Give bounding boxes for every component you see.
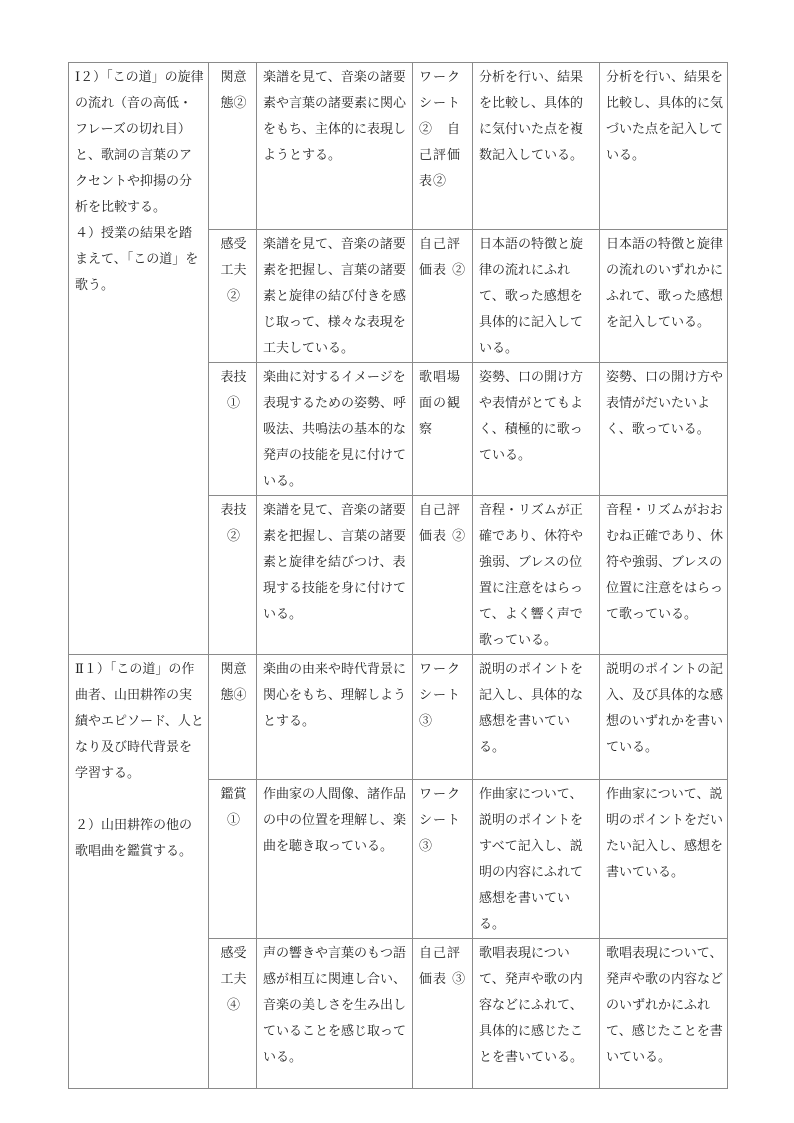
level-a-cell: 姿勢、口の開け方や表情がとてもよく、積極的に歌っている。 — [473, 363, 600, 496]
criterion-cell: 楽譜を見て、音楽の諸要素や言葉の諸要素に関心をもち、主体的に表現しようとする。 — [257, 63, 413, 230]
level-a-cell: 音程・リズムが正確であり、休符や強弱、ブレスの位置に注意をはらって、よく響く声で… — [473, 496, 600, 655]
level-a-cell: 歌唱表現について、発声や歌の内容などにふれて、具体的に感じたことを書いている。 — [473, 939, 600, 1089]
level-b-cell: 分析を行い、結果を比較し、具体的に気づいた点を記入している。 — [600, 63, 728, 230]
method-cell: ワークシート③ — [413, 780, 473, 939]
criterion-cell: 楽譜を見て、音楽の諸要素を把握し、言葉の諸要素と旋律を結びつけ、表現する技能を身… — [257, 496, 413, 655]
table-row: Ⅰ２）「この道」の旋律の流れ（音の高低・フレーズの切れ目）と、歌詞の言葉のアクセ… — [69, 63, 728, 230]
aspect-cell: 感受工夫② — [209, 230, 257, 363]
activity-text: ２）山田耕筰の他の歌唱曲を鑑賞する。 — [75, 813, 204, 865]
method-cell: ワークシート③ — [413, 655, 473, 780]
activity-cell-section-1: Ⅰ２）「この道」の旋律の流れ（音の高低・フレーズの切れ目）と、歌詞の言葉のアクセ… — [69, 63, 209, 655]
level-b-cell: 歌唱表現について、発声や歌の内容などのいずれかにふれて、感じたことを書いている。 — [600, 939, 728, 1089]
evaluation-rubric-table: Ⅰ２）「この道」の旋律の流れ（音の高低・フレーズの切れ目）と、歌詞の言葉のアクセ… — [68, 62, 728, 1089]
activity-text: Ⅰ２）「この道」の旋律の流れ（音の高低・フレーズの切れ目）と、歌詞の言葉のアクセ… — [75, 65, 204, 221]
level-a-cell: 説明のポイントを記入し、具体的な感想を書いている。 — [473, 655, 600, 780]
method-cell: 自己評価表 ② — [413, 230, 473, 363]
level-b-cell: 音程・リズムがおおむね正確であり、休符や強弱、ブレスの位置に注意をはらって歌って… — [600, 496, 728, 655]
level-b-cell: 日本語の特徴と旋律の流れのいずれかにふれて、歌った感想を記入している。 — [600, 230, 728, 363]
table-row: Ⅱ１）「この道」の作曲者、山田耕筰の実績やエピソード、人となり及び時代背景を学習… — [69, 655, 728, 780]
aspect-cell: 表技① — [209, 363, 257, 496]
level-b-cell: 作曲家について、説明のポイントをだいたい記入し、感想を書いている。 — [600, 780, 728, 939]
activity-text: ４）授業の結果を踏まえて、「この道」を歌う。 — [75, 221, 204, 299]
aspect-cell: 感受工夫④ — [209, 939, 257, 1089]
aspect-cell: 表技② — [209, 496, 257, 655]
activity-cell-section-2: Ⅱ１）「この道」の作曲者、山田耕筰の実績やエピソード、人となり及び時代背景を学習… — [69, 655, 209, 1089]
level-a-cell: 分析を行い、結果を比較し、具体的に気付いた点を複数記入している。 — [473, 63, 600, 230]
criterion-cell: 声の響きや言葉のもつ語感が相互に関連し合い、音楽の美しさを生み出していることを感… — [257, 939, 413, 1089]
activity-text: Ⅱ１）「この道」の作曲者、山田耕筰の実績やエピソード、人となり及び時代背景を学習… — [75, 657, 204, 787]
criterion-cell: 楽譜を見て、音楽の諸要素を把握し、言葉の諸要素と旋律の結び付きを感じ取って、様々… — [257, 230, 413, 363]
method-cell: 歌唱場面の観察 — [413, 363, 473, 496]
level-a-cell: 日本語の特徴と旋律の流れにふれて、歌った感想を具体的に記入している。 — [473, 230, 600, 363]
criterion-cell: 楽曲の由来や時代背景に関心をもち、理解しようとする。 — [257, 655, 413, 780]
criterion-cell: 作曲家の人間像、諸作品の中の位置を理解し、楽曲を聴き取っている。 — [257, 780, 413, 939]
method-cell: 自己評価表 ③ — [413, 939, 473, 1089]
aspect-cell: 関意態④ — [209, 655, 257, 780]
aspect-cell: 鑑賞① — [209, 780, 257, 939]
level-b-cell: 説明のポイントの記入、及び具体的な感想のいずれかを書いている。 — [600, 655, 728, 780]
method-cell: 自己評価表 ② — [413, 496, 473, 655]
criterion-cell: 楽曲に対するイメージを表現するための姿勢、呼吸法、共鳴法の基本的な発声の技能を見… — [257, 363, 413, 496]
level-b-cell: 姿勢、口の開け方や表情がだいたいよく、歌っている。 — [600, 363, 728, 496]
level-a-cell: 作曲家について、説明のポイントをすべて記入し、説明の内容にふれて感想を書いている… — [473, 780, 600, 939]
aspect-cell: 関意態② — [209, 63, 257, 230]
method-cell: ワークシート ② 自己評価表② — [413, 63, 473, 230]
spacer — [75, 787, 204, 813]
